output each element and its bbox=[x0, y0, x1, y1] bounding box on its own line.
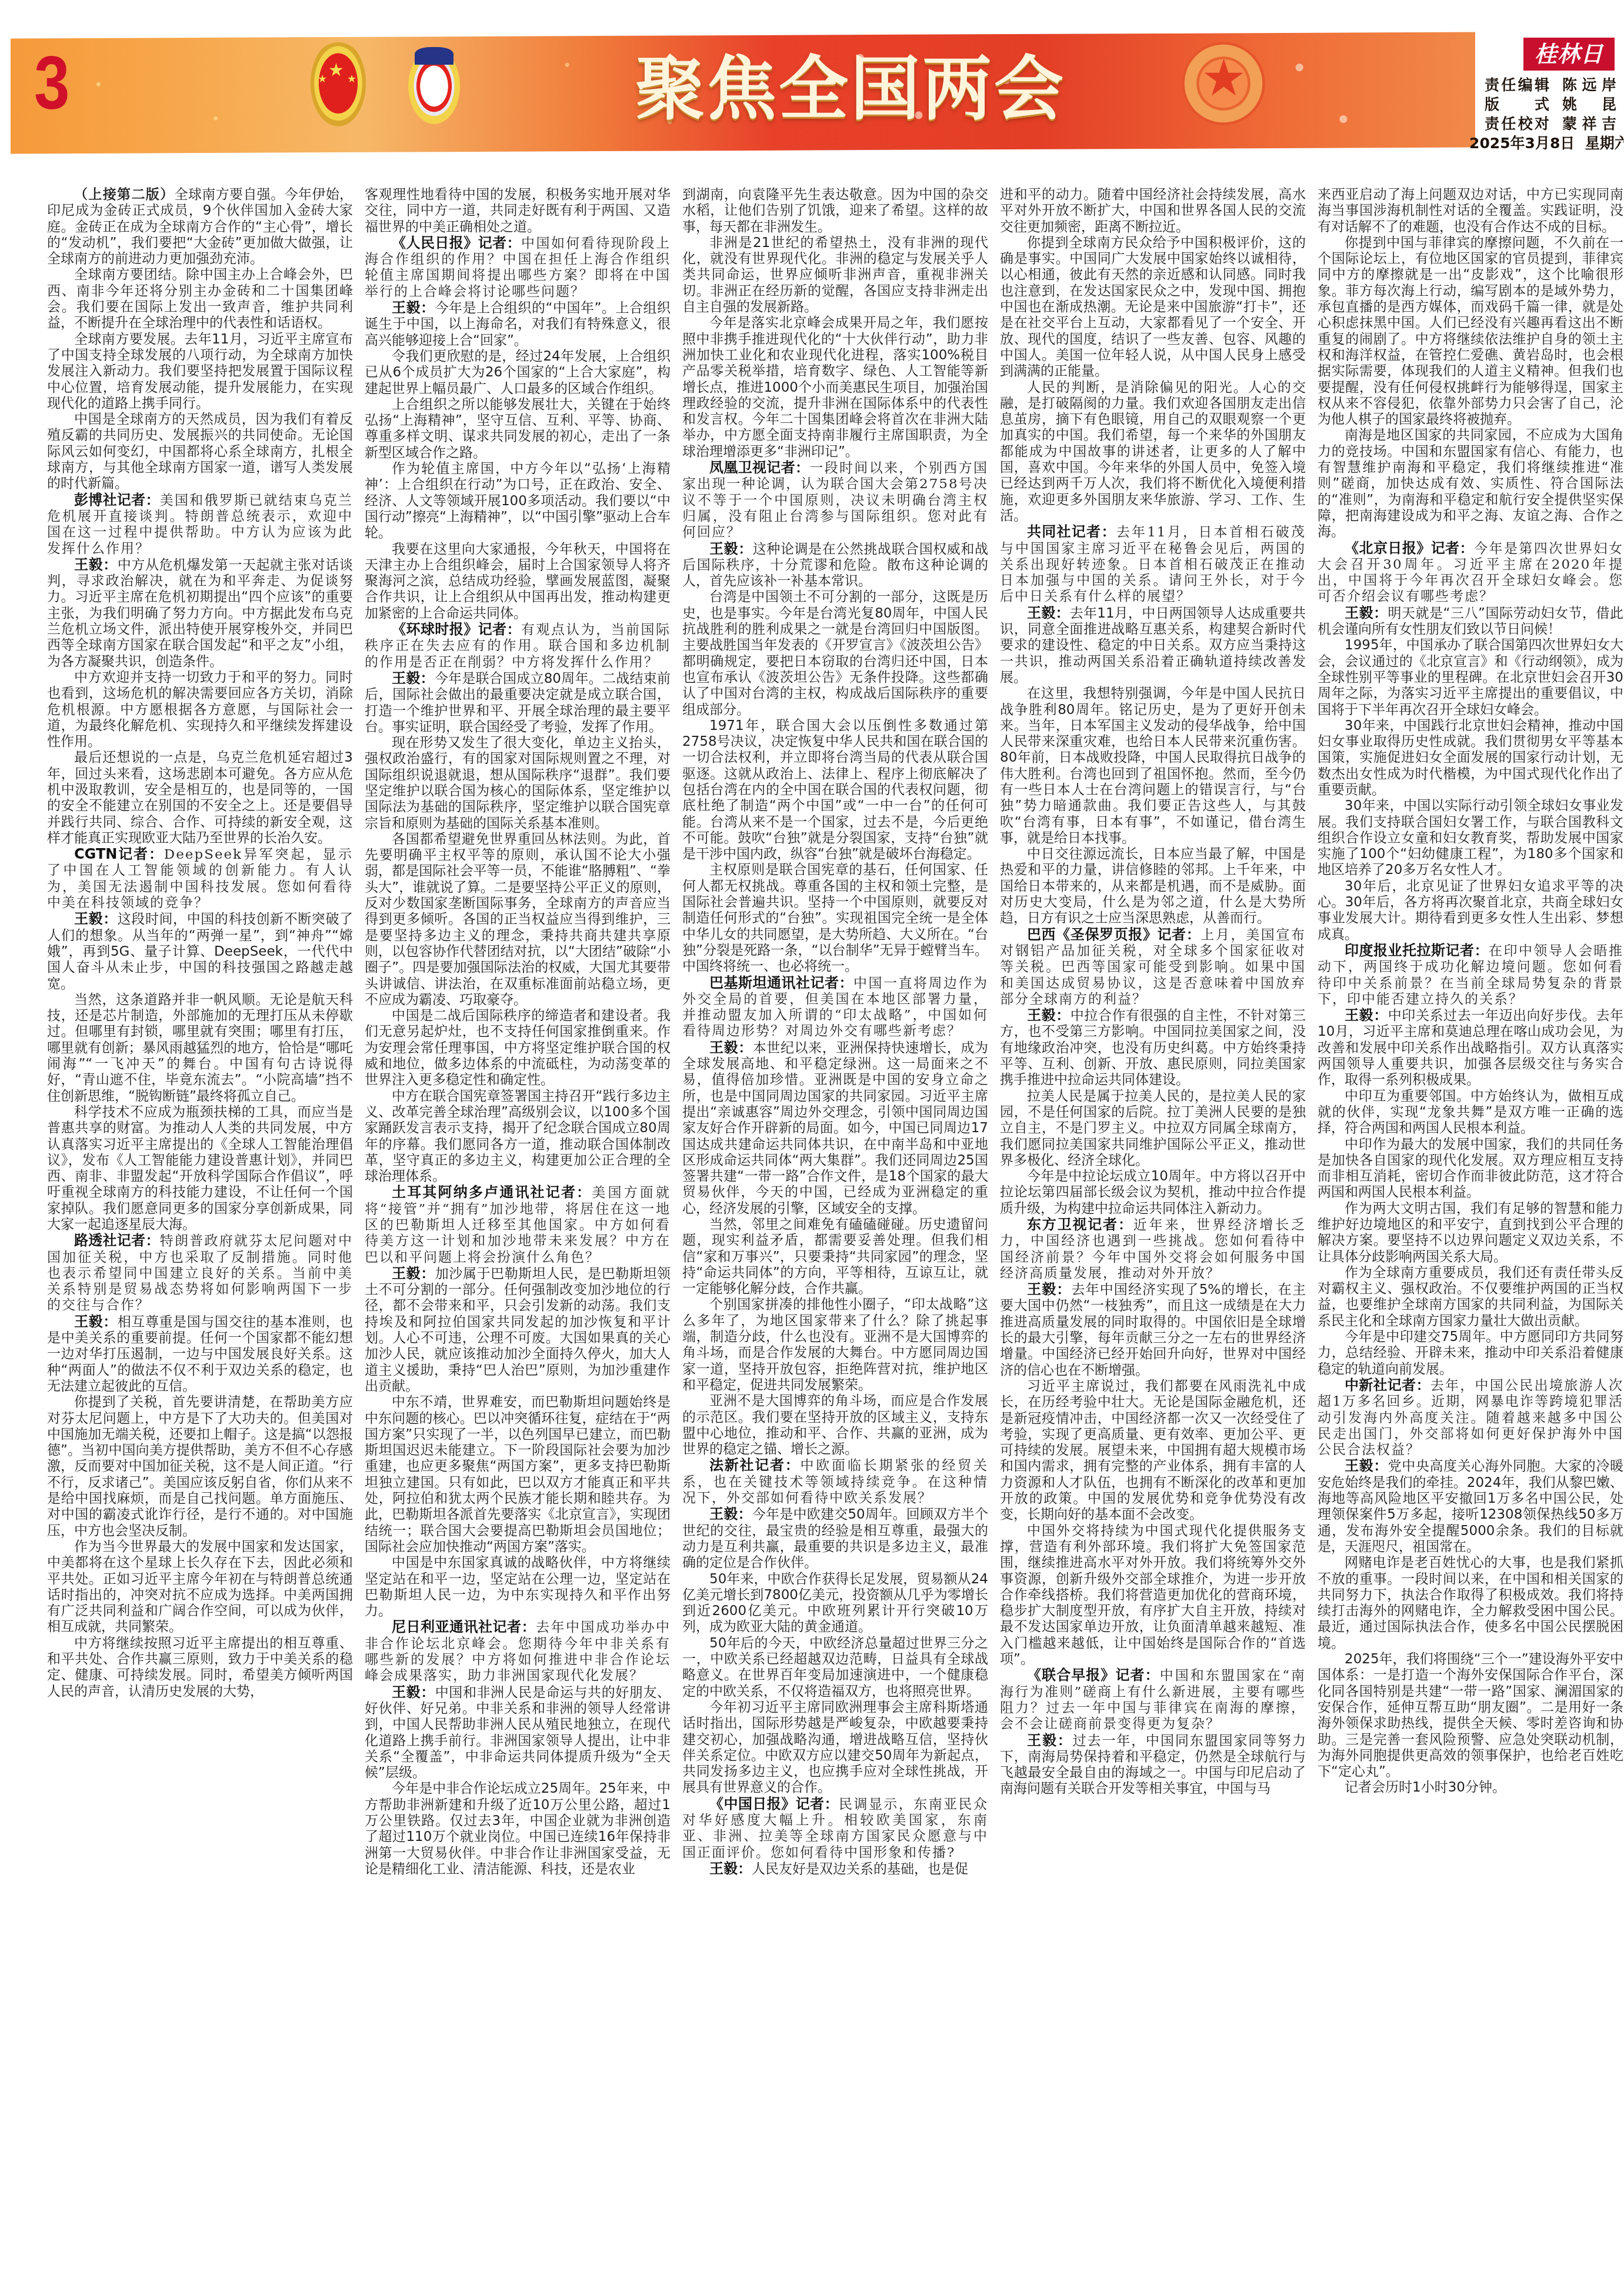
paragraph-text: 1995年，中国承办了联合国第四次世界妇女大会，会议通过的《北京宣言》和《行动纲… bbox=[1318, 638, 1623, 717]
answer-paragraph: 王毅：去年中国经济实现了5%的增长，在主要大国中仍然“一枝独秀”，而且这一成绩是… bbox=[1000, 1282, 1306, 1379]
speaker-label: 《人民日报》记者： bbox=[392, 235, 521, 251]
reporter-question: 巴基斯坦通讯社记者：中国一直将周边作为外交全局的首要，但美国在本地区部署力量，并… bbox=[682, 975, 988, 1040]
answer-paragraph: 来西亚启动了海上问题双边对话，中方已实现同南海当事国涉海机制性对话的全覆盖。实践… bbox=[1318, 187, 1623, 235]
paragraph-text: 台湾是中国领土不可分割的一部分，这既是历史，也是事实。今年是台湾光复80周年，中… bbox=[682, 589, 988, 717]
answer-paragraph: 台湾是中国领土不可分割的一部分，这既是历史，也是事实。今年是台湾光复80周年，中… bbox=[682, 589, 988, 718]
editorial-credits: 责任编辑 陈远岸 版式 姚昆 责任校对 蒙祥吉 2025年3月8日 星期六 bbox=[1469, 75, 1616, 153]
answer-paragraph: 30年后，北京见证了世界妇女追求平等的决心。30年后，各方将再次聚首北京，共商全… bbox=[1318, 879, 1623, 943]
speaker-label: 王毅： bbox=[74, 556, 118, 573]
paragraph-text: 来西亚启动了海上问题双边对话，中方已实现同南海当事国涉海机制性对话的全覆盖。实践… bbox=[1318, 187, 1623, 235]
answer-paragraph: 作为当今世界最大的发展中国家和发达国家，中美都将在这个星球上长久存在下去，因此必… bbox=[47, 1539, 353, 1636]
paragraph-text: 30年后，北京见证了世界妇女追求平等的决心。30年后，各方将再次聚首北京，共商全… bbox=[1318, 879, 1623, 942]
paragraph-text: 今年初习近平主席同欧洲理事会主席科斯塔通话时指出，国际形势越是严峻复杂，中欧越要… bbox=[682, 1700, 988, 1795]
paragraph-text: 30年来，中国践行北京世妇会精神，推动中国妇女事业取得历史性成就。我们贯彻男女平… bbox=[1318, 718, 1623, 798]
paragraph-text: 客观理性地看待中国的发展，积极务实地开展对华交往，同中方一道，共同走好既有利于两… bbox=[365, 187, 671, 235]
answer-paragraph: 王毅：相互尊重是国与国交往的基本准则，也是中美关系的重要前提。任何一个国家都不能… bbox=[47, 1314, 353, 1395]
paragraph-text: 今年是中拉论坛成立10周年。中方将以召开中拉论坛第四届部长级会议为契机，推动中拉… bbox=[1000, 1169, 1306, 1216]
answer-paragraph: 中国外交将持续为中国式现代化提供服务支撑，营造有利外部环境。我们将扩大免签国家范… bbox=[1000, 1523, 1306, 1668]
speaker-label: 王毅： bbox=[392, 670, 435, 686]
speaker-label: 法新社记者： bbox=[709, 1457, 801, 1473]
answer-paragraph: 今年是中非合作论坛成立25周年。25年来，中方帮助非洲新建和升级了近10万公里公… bbox=[365, 1781, 671, 1877]
answer-paragraph: 科学技术不应成为瓶颈扶梯的工具，而应当是普惠共享的财富。为推动人人类的共同发展，… bbox=[47, 1105, 353, 1233]
paragraph-text: 非洲是21世纪的希望热土，没有非洲的现代化，就没有世界现代化。非洲的稳定与发展关… bbox=[682, 235, 988, 315]
answer-paragraph: 今年是落实北京峰会成果开局之年，我们愿按照中非携手推进现代化的“十大伙伴行动”，… bbox=[682, 315, 988, 460]
paragraph-text: 作为轮值主席国，中方今年以“弘扬‘上海精神’：上合组织在行动”为口号，正在政治、… bbox=[365, 461, 671, 541]
answer-paragraph: 中东不靖，世界难安，而巴勒斯坦问题始终是中东问题的核心。巴以冲突循环往复，症结在… bbox=[365, 1395, 671, 1555]
reporter-question: 《环球时报》记者：有观点认为，当前国际秩序正在失去应有的作用。联合国和多边机制的… bbox=[365, 622, 671, 671]
answer-paragraph: 你提到全球南方民众给予中国积极评价，这的确是事实。中国同广大发展中国家始终以诚相… bbox=[1000, 235, 1306, 380]
newspaper-logo: 桂林日报 bbox=[1523, 38, 1615, 71]
answer-paragraph: 个别国家拼凑的排他性小圈子，“印太战略”这么多年了，为地区国家带来了什么？除了挑… bbox=[682, 1297, 988, 1393]
reporter-question: 巴西《圣保罗页报》记者：上月，美国宣布对钢铝产品加征关税，对全球多个国家征收对等… bbox=[1000, 927, 1306, 1008]
paragraph-text: 拉美人民是属于拉美人民的，是拉美人民的家园，不是任何国家的后院。拉丁美洲人民要的… bbox=[1000, 1089, 1306, 1168]
credit-proofreader: 责任校对 蒙祥吉 bbox=[1469, 114, 1616, 134]
speaker-label: 《北京日报》记者： bbox=[1345, 540, 1474, 556]
answer-paragraph: 1971年，联合国大会以压倒性多数通过第2758号决议，决定恢复中华人民共和国在… bbox=[682, 718, 988, 863]
answer-paragraph: 今年初习近平主席同欧洲理事会主席科斯塔通话时指出，国际形势越是严峻复杂，中欧越要… bbox=[682, 1700, 988, 1796]
answer-paragraph: 中方欢迎并支持一切致力于和平的努力。同时也看到，这场危机的解决需要回应各方关切，… bbox=[47, 670, 353, 750]
speaker-label: 王毅： bbox=[1345, 1457, 1388, 1474]
speaker-label: 东方卫视记者： bbox=[1027, 1216, 1133, 1233]
paragraph-text: 50年来，中欧合作获得长足发展，贸易额从24亿美元增长到7800亿美元，投资额从… bbox=[682, 1572, 988, 1635]
answer-paragraph: 令我们更欣慰的是，经过24年发展，上合组织已从6个成员扩大为26个国家的“上合大… bbox=[365, 349, 671, 397]
continuation-label: （上接第二版） bbox=[74, 187, 175, 202]
speaker-label: 共同社记者： bbox=[1027, 523, 1116, 540]
reporter-question: 凤凰卫视记者：一段时间以来，个别西方国家出现一种论调，认为联合国大会第2758号… bbox=[682, 460, 988, 541]
answer-paragraph: 今年是中拉论坛成立10周年。中方将以召开中拉论坛第四届部长级会议为契机，推动中拉… bbox=[1000, 1169, 1306, 1217]
paragraph-text: 现在形势又发生了很大变化，单边主义抬头，强权政治盛行，有的国家对国际规则置之不理… bbox=[365, 735, 671, 830]
credit-editor: 责任编辑 陈远岸 bbox=[1469, 75, 1616, 95]
answer-paragraph: 当然，这条道路并非一帆风顺。无论是航天科技，还是芯片制造，外部施加的无理打压从未… bbox=[47, 992, 353, 1105]
paragraph-text: 2025年，我们将围绕“三个一”建设海外平安中国体系：一是打造一个海外安保国际合… bbox=[1318, 1652, 1623, 1779]
paragraph-text: 各国都希望避免世界重回丛林法则。为此，首先要明确平主权平等的原则，承认国不论大小… bbox=[365, 832, 671, 1008]
paragraph-text: 习近平主席说过，我们都要在风雨洗礼中成长，在历经考验中壮大。无论是国际金融危机，… bbox=[1000, 1379, 1306, 1522]
paragraph-text: 我要在这里向大家通报，今年秋天，中国将在天津主办上合组织峰会，届时上合国家领导人… bbox=[365, 542, 671, 621]
answer-paragraph: 王毅：中国和非洲人民是命运与共的好朋友、好伙伴、好兄弟。中非关系和非洲的领导人经… bbox=[365, 1684, 671, 1782]
paragraph-text: 作为当今世界最大的发展中国家和发达国家，中美都将在这个星球上长久存在下去，因此必… bbox=[47, 1539, 353, 1634]
answer-paragraph: 亚洲不是大国博弈的角斗场，而应是合作发展的示范区。我们要在坚持开放的区域主义，支… bbox=[682, 1393, 988, 1457]
paragraph-text: 进和平的动力。随着中国经济社会持续发展，高水平对外开放不断扩大，中国和世界各国人… bbox=[1000, 187, 1306, 235]
answer-paragraph: 王毅：今年是联合国成立80周年。二战结束前后，国际社会做出的最重要决定就是成立联… bbox=[365, 671, 671, 735]
answer-paragraph: 南海是地区国家的共同家园，不应成为大国角力的竞技场。中国和东盟国家有信心、有能力… bbox=[1318, 428, 1623, 540]
paragraph-text: 中方欢迎并支持一切致力于和平的努力。同时也看到，这场危机的解决需要回应各方关切，… bbox=[47, 670, 353, 749]
answer-paragraph: 最后还想说的一点是，乌克兰危机延宕超过3年，回过头来看，这场悲剧本可避免。各方应… bbox=[47, 750, 353, 846]
speaker-label: 尼日利亚通讯社记者： bbox=[392, 1619, 536, 1635]
star-icon: ★ bbox=[328, 60, 344, 81]
article-body: （上接第二版）全球南方要自强。今年伊始，印尼成为金砖正式成员，9个伙伴国加入金砖… bbox=[47, 187, 1618, 2263]
speaker-label: 彭博社记者： bbox=[74, 492, 160, 508]
speaker-label: 路透社记者： bbox=[74, 1232, 160, 1249]
answer-paragraph: 中国是全球南方的天然成员，因为我们有着反殖反霸的共同历史、发展振兴的共同使命。无… bbox=[47, 412, 353, 492]
speaker-label: 王毅： bbox=[709, 1039, 753, 1056]
answer-paragraph: （上接第二版）全球南方要自强。今年伊始，印尼成为金砖正式成员，9个伙伴国加入金砖… bbox=[47, 187, 353, 267]
paragraph-text: 中日交往源远流长，日本应当最了解，中国是热爱和平的力量，讲信修睦的邻邦。上千年来… bbox=[1000, 846, 1306, 926]
paragraph-text: 人民友好是双边关系的基础，也是促 bbox=[752, 1862, 968, 1877]
answer-paragraph: 现在形势又发生了很大变化，单边主义抬头，强权政治盛行，有的国家对国际规则置之不理… bbox=[365, 735, 671, 832]
answer-paragraph: 王毅：中拉合作有很强的自主性，不针对第三方，也不受第三方影响。中国同拉美国家之间… bbox=[1000, 1008, 1306, 1088]
star-icon: ★ bbox=[318, 73, 327, 85]
paragraph-text: 加沙属于巴勒斯坦人民，是巴勒斯坦领土不可分割的一部分。任何强制改变加沙地位的行径… bbox=[365, 1266, 671, 1394]
answer-paragraph: 王毅：这种论调是在公然挑战联合国权威和战后国际秩序，十分荒谬和危险。散布这种论调… bbox=[682, 541, 988, 590]
speaker-label: 王毅： bbox=[1027, 605, 1070, 621]
paragraph-text: 主权原则是联合国宪章的基石，任何国家、任何人都无权挑战。尊重各国的主权和领土完整… bbox=[682, 862, 988, 974]
sunburst-star-icon: ★ bbox=[1176, 36, 1270, 131]
reporter-question: 彭博社记者：美国和俄罗斯已就结束乌克兰危机展开直接谈判。特朗普总统表示，欢迎中国… bbox=[47, 492, 353, 557]
paragraph-text: 在这里，我想特别强调，今年是中国人民抗日战争胜利80周年。铭记历史，是为了更好开… bbox=[1000, 686, 1306, 846]
answer-paragraph: 王毅：人民友好是双边关系的基础，也是促 bbox=[682, 1861, 988, 1877]
paragraph-text: 中印作为最大的发展中国家，我们的共同任务是加快各自国家的现代化发展。双方理应相互… bbox=[1318, 1137, 1623, 1200]
answer-paragraph: 非洲是21世纪的希望热土，没有非洲的现代化，就没有世界现代化。非洲的稳定与发展关… bbox=[682, 235, 988, 315]
speaker-label: 王毅： bbox=[392, 1265, 435, 1282]
answer-paragraph: 中国是二战后国际秩序的缔造者和建设者。我们无意另起炉灶，也不支持任何国家推倒重来… bbox=[365, 1008, 671, 1088]
answer-paragraph: 王毅：明天就是“三八”国际劳动妇女节，借此机会谨向所有女性朋友们致以节日问候！ bbox=[1318, 605, 1623, 638]
speaker-label: 《联合早报》记者： bbox=[1027, 1667, 1160, 1683]
speaker-label: 王毅： bbox=[709, 541, 753, 557]
speaker-label: 土耳其阿纳多卢通讯社记者： bbox=[392, 1184, 592, 1200]
speaker-label: 中新社记者： bbox=[1345, 1377, 1430, 1393]
answer-paragraph: 全球南方要团结。除中国主办上合峰会外，巴西、南非今年还将分别主办金砖和二十国集团… bbox=[47, 267, 353, 331]
answer-paragraph: 1995年，中国承办了联合国第四次世界妇女大会，会议通过的《北京宣言》和《行动纲… bbox=[1318, 638, 1623, 718]
answer-paragraph: 作为轮值主席国，中方今年以“弘扬‘上海精神’：上合组织在行动”为口号，正在政治、… bbox=[365, 461, 671, 541]
answer-paragraph: 各国都希望避免世界重回丛林法则。为此，首先要明确平主权平等的原则，承认国不论大小… bbox=[365, 832, 671, 1008]
paragraph-text: 中印互为重要邻国。中方始终认为，做相互成就的伙伴，实现“龙象共舞”是双方唯一正确… bbox=[1318, 1089, 1623, 1136]
paragraph-text: 上合组织之所以能够发展壮大，关键在于始终弘扬“上海精神”，坚守互信、互利、平等、… bbox=[365, 397, 671, 461]
speaker-label: 巴基斯坦通讯社记者： bbox=[709, 975, 853, 991]
answer-paragraph: 中日交往源远流长，日本应当最了解，中国是热爱和平的力量，讲信修睦的邻邦。上千年来… bbox=[1000, 846, 1306, 926]
speaker-label: 王毅： bbox=[1027, 1281, 1071, 1297]
paragraph-text: 当然，这条道路并非一帆风顺。无论是航天科技，还是芯片制造，外部施加的无理打压从未… bbox=[47, 992, 353, 1104]
paragraph-text: 你提到全球南方民众给予中国积极评价，这的确是事实。中国同广大发展中国家始终以诚相… bbox=[1000, 235, 1306, 379]
paragraph-text: 1971年，联合国大会以压倒性多数通过第2758号决议，决定恢复中华人民共和国在… bbox=[682, 718, 988, 862]
paragraph-text: 中方将继续按照习近平主席提出的相互尊重、和平共处、合作共赢三原则，致力于中美关系… bbox=[47, 1636, 353, 1699]
reporter-question: 土耳其阿纳多卢通讯社记者：美国方面就将“接管”并“拥有”加沙地带，将居住在这一地… bbox=[365, 1185, 671, 1265]
answer-paragraph: 王毅：党中央高度关心海外同胞。大家的冷暖安危始终是我们的牵挂。2024年，我们从… bbox=[1318, 1458, 1623, 1555]
paragraph-text: 科学技术不应成为瓶颈扶梯的工具，而应当是普惠共享的财富。为推动人人类的共同发展，… bbox=[47, 1105, 353, 1232]
paragraph-text: 中国外交将持续为中国式现代化提供服务支撑，营造有利外部环境。我们将扩大免签国家范… bbox=[1000, 1523, 1306, 1667]
paragraph-text: 记者会历时1小时30分钟。 bbox=[1345, 1780, 1506, 1795]
answer-paragraph: 我要在这里向大家通报，今年秋天，中国将在天津主办上合组织峰会，届时上合国家领导人… bbox=[365, 542, 671, 622]
speaker-label: 巴西《圣保罗页报》记者： bbox=[1027, 926, 1201, 943]
speaker-label: 王毅： bbox=[1027, 1007, 1071, 1023]
answer-paragraph: 中印互为重要邻国。中方始终认为，做相互成就的伙伴，实现“龙象共舞”是双方唯一正确… bbox=[1318, 1089, 1623, 1137]
paragraph-text: 中方在联合国宪章签署国主持召开“践行多边主义、改革完善全球治理”高级别会议，以1… bbox=[365, 1089, 671, 1184]
answer-paragraph: 中方在联合国宪章签署国主持召开“践行多边主义、改革完善全球治理”高级别会议，以1… bbox=[365, 1089, 671, 1185]
reporter-question: 《北京日报》记者：今年是第四次世界妇女大会召开30周年。习近平主席在2020年提… bbox=[1318, 541, 1623, 605]
speaker-label: 王毅： bbox=[1027, 1732, 1073, 1749]
reporter-question: 共同社记者：去年11月，日本首相石破茂与中国国家主席习近平在秘鲁会见后，两国的关… bbox=[1000, 524, 1306, 605]
answer-paragraph: 王毅：中方从危机爆发第一天起就主张对话谈判，寻求政治解决，就在为和平奔走、为促谈… bbox=[47, 557, 353, 670]
reporter-question: 中新社记者：去年，中国公民出境旅游人次超1万多名回乡。近期，网暴电诈等跨境犯罪活… bbox=[1318, 1377, 1623, 1458]
speaker-label: 王毅： bbox=[1345, 1007, 1388, 1023]
paragraph-text: 人民的判断，是消除偏见的阳光。人心的交融，是打破隔阂的力量。我们欢迎各国朋友走出… bbox=[1000, 380, 1306, 523]
text-column-3: 到湖南，向袁隆平先生表达敬意。因为中国的杂交水稻，让他们告别了饥饿，迎来了希望。… bbox=[682, 187, 988, 2251]
text-column-5: 来西亚启动了海上问题双边对话，中方已实现同南海当事国涉海机制性对话的全覆盖。实践… bbox=[1318, 187, 1623, 2251]
answer-paragraph: 中国是中东国家真诚的战略伙伴，中方将继续坚定站在和平一边，坚定站在公理一边，坚定… bbox=[365, 1555, 671, 1619]
answer-paragraph: 客观理性地看待中国的发展，积极务实地开展对华交往，同中方一道，共同走好既有利于两… bbox=[365, 187, 671, 235]
paragraph-text: 当然，邻里之间难免有磕磕碰碰。历史遗留问题，现实利益矛盾，都需要妥善处理。但我们… bbox=[682, 1217, 988, 1296]
speaker-label: 王毅： bbox=[392, 1684, 435, 1700]
issue-date: 2025年3月8日 星期六 bbox=[1469, 134, 1616, 153]
speaker-label: 王毅： bbox=[392, 299, 435, 316]
star-icon: ★ bbox=[347, 73, 356, 85]
speaker-label: 凤凰卫视记者： bbox=[709, 459, 809, 476]
answer-paragraph: 30年来，中国践行北京世妇会精神，推动中国妇女事业取得历史性成就。我们贯彻男女平… bbox=[1318, 718, 1623, 798]
speaker-label: 王毅： bbox=[709, 1860, 752, 1877]
page-number: 3 bbox=[34, 46, 70, 121]
paragraph-text: 今年是落实北京峰会成果开局之年，我们愿按照中非携手推进现代化的“十大伙伴行动”，… bbox=[682, 315, 988, 459]
section-title: 聚焦全国两会 bbox=[635, 54, 1066, 124]
credit-layout: 版式 姚昆 bbox=[1469, 95, 1616, 114]
answer-paragraph: 上合组织之所以能够发展壮大，关键在于始终弘扬“上海精神”，坚守互信、互利、平等、… bbox=[365, 397, 671, 461]
paragraph-text: 网赌电诈是老百姓忧心的大事，也是我们紧抓不放的重事。一段时间以来，在中国和相关国… bbox=[1318, 1555, 1623, 1650]
answer-paragraph: 王毅：这段时间，中国的科技创新不断突破了人们的想象。从当年的“两弹一星”，到“神… bbox=[47, 911, 353, 992]
paragraph-text: 全球南方要团结。除中国主办上合峰会外，巴西、南非今年还将分别主办金砖和二十国集团… bbox=[47, 267, 353, 331]
reporter-question: 《中国日报》记者：民调显示，东南亚民众对华好感度大幅上升。相较欧美国家，东南亚、… bbox=[682, 1796, 988, 1861]
speaker-label: 王毅： bbox=[709, 1506, 752, 1522]
answer-paragraph: 中方将继续按照习近平主席提出的相互尊重、和平共处、合作共赢三原则，致力于中美关系… bbox=[47, 1636, 353, 1700]
answer-paragraph: 今年是中印建交75周年。中方愿同印方共同努力，总结经验、开辟未来，推动中印关系沿… bbox=[1318, 1329, 1623, 1377]
reporter-question: 东方卫视记者：近年来，世界经济增长乏力，中国经济也遇到一些挑战。您如何看待中国经… bbox=[1000, 1217, 1306, 1282]
answer-paragraph: 30年来，中国以实际行动引领全球妇女事业发展。我们支持联合国妇女署工作，与联合国… bbox=[1318, 798, 1623, 878]
answer-paragraph: 王毅：过去一年，中国同东盟国家同等努力下，南海局势保持着和平稳定，仍然是全球航行… bbox=[1000, 1733, 1306, 1797]
answer-paragraph: 到湖南，向袁隆平先生表达敬意。因为中国的杂交水稻，让他们告别了饥饿，迎来了希望。… bbox=[682, 187, 988, 235]
paragraph-text: 你提到了关税，首先要讲清楚，在帮助美方应对芬太尼问题上，中方是下了大功夫的。但美… bbox=[47, 1395, 353, 1538]
paragraph-text: 到湖南，向袁隆平先生表达敬意。因为中国的杂交水稻，让他们告别了饥饿，迎来了希望。… bbox=[682, 187, 988, 235]
answer-paragraph: 进和平的动力。随着中国经济社会持续发展，高水平对外开放不断扩大，中国和世界各国人… bbox=[1000, 187, 1306, 235]
reporter-question: CGTN记者：DeepSeek异军突起，显示了中国在人工智能领域的创新能力。有人… bbox=[47, 846, 353, 911]
text-column-1: （上接第二版）全球南方要自强。今年伊始，印尼成为金砖正式成员，9个伙伴国加入金砖… bbox=[47, 187, 353, 2251]
answer-paragraph: 人民的判断，是消除偏见的阳光。人心的交融，是打破隔阂的力量。我们欢迎各国朋友走出… bbox=[1000, 380, 1306, 525]
answer-paragraph: 王毅：本世纪以来，亚洲保持快速增长，成为全球发展高地、和平稳定绿洲。这一局面来之… bbox=[682, 1040, 988, 1217]
answer-paragraph: 王毅：加沙属于巴勒斯坦人民，是巴勒斯坦领土不可分割的一部分。任何强制改变加沙地位… bbox=[365, 1266, 671, 1395]
answer-paragraph: 记者会历时1小时30分钟。 bbox=[1318, 1780, 1623, 1796]
answer-paragraph: 全球南方要发展。去年11月，习近平主席宣布了中国支持全球发展的八项行动，为全球南… bbox=[47, 332, 353, 412]
reporter-question: 尼日利亚通讯社记者：去年中国成功举办中非合作论坛北京峰会。您期待今年中非关系有哪… bbox=[365, 1619, 671, 1684]
reporter-question: 路透社记者：特朗普政府就芬太尼问题对中国加征关税，中方也采取了反制措施。同时他也… bbox=[47, 1233, 353, 1313]
answer-paragraph: 2025年，我们将围绕“三个一”建设海外平安中国体系：一是打造一个海外安保国际合… bbox=[1318, 1652, 1623, 1780]
answer-paragraph: 50年来，中欧合作获得长足发展，贸易额从24亿美元增长到7800亿美元，投资额从… bbox=[682, 1572, 988, 1636]
speaker-label: 王毅： bbox=[74, 1313, 118, 1330]
answer-paragraph: 王毅：去年11月，中日两国领导人达成重要共识，同意全面推进战略互惠关系，构建契合… bbox=[1000, 605, 1306, 686]
answer-paragraph: 你提到中国与菲律宾的摩擦问题，不久前在一个国际论坛上，有位地区国家的官员提到，菲… bbox=[1318, 235, 1623, 428]
paragraph-text: 30年来，中国以实际行动引领全球妇女事业发展。我们支持联合国妇女署工作，与联合国… bbox=[1318, 798, 1623, 878]
paragraph-text: 中东不靖，世界难安，而巴勒斯坦问题始终是中东问题的核心。巴以冲突循环往复，症结在… bbox=[365, 1395, 671, 1555]
answer-paragraph: 50年后的今天，中欧经济总量超过世界三分之一，中欧关系已经超越双边范畴，日益具有… bbox=[682, 1636, 988, 1700]
paragraph-text: 作为两大文明古国，我们有足够的智慧和能力维护好边境地区的和平安宁，直到找到公平合… bbox=[1318, 1201, 1623, 1265]
paragraph-text: 50年后的今天，中欧经济总量超过世界三分之一，中欧关系已经超越双边范畴，日益具有… bbox=[682, 1636, 988, 1699]
answer-paragraph: 王毅：今年是上合组织的“中国年”。上合组织诞生于中国，以上海命名，对我们有特殊意… bbox=[365, 300, 671, 349]
paragraph-text: 中国是二战后国际秩序的缔造者和建设者。我们无意另起炉灶，也不支持任何国家推倒重来… bbox=[365, 1008, 671, 1088]
reporter-question: 印度报业托拉斯记者：在印中领导人会晤推动下，两国终于成功化解边境问题。您如何看待… bbox=[1318, 943, 1623, 1008]
star-icon: ★ bbox=[1201, 53, 1246, 104]
text-column-4: 进和平的动力。随着中国经济社会持续发展，高水平对外开放不断扩大，中国和世界各国人… bbox=[1000, 187, 1306, 2251]
reporter-question: 《人民日报》记者：中国如何看待现阶段上海合作组织的作用？中国在担任上海合作组织轮… bbox=[365, 235, 671, 300]
speaker-label: 《环球时报》记者： bbox=[392, 621, 521, 638]
answer-paragraph: 王毅：中印关系过去一年迈出向好步伐。去年10月，习近平主席和莫迪总理在喀山成功会… bbox=[1318, 1008, 1623, 1088]
answer-paragraph: 习近平主席说过，我们都要在风雨洗礼中成长，在历经考验中壮大。无论是国际金融危机，… bbox=[1000, 1379, 1306, 1523]
paragraph-text: 作为全球南方重要成员，我们还有责任带头反对霸权主义、强权政治。不仅要维护两国的正… bbox=[1318, 1265, 1623, 1329]
answer-paragraph: 王毅：今年是中欧建交50周年。回顾双方半个世纪的交往，最宝贵的经验是相互尊重，最… bbox=[682, 1506, 988, 1571]
paragraph-text: 最后还想说的一点是，乌克兰危机延宕超过3年，回过头来看，这场悲剧本可避免。各方应… bbox=[47, 750, 353, 845]
answer-paragraph: 在这里，我想特别强调，今年是中国人民抗日战争胜利80周年。铭记历史，是为了更好开… bbox=[1000, 686, 1306, 846]
paragraph-text: 今年是中印建交75周年。中方愿同印方共同努力，总结经验、开辟未来，推动中印关系沿… bbox=[1318, 1329, 1623, 1377]
national-emblem-icon: ★ ★ ★ bbox=[306, 42, 371, 134]
reporter-question: 《联合早报》记者：中国和东盟国家在“南海行为准则”磋商上有什么新进展，主要有哪些… bbox=[1000, 1667, 1306, 1732]
paragraph-text: 中方从危机爆发第一天起就主张对话谈判，寻求政治解决，就在为和平奔走、为促谈努力。… bbox=[47, 558, 353, 669]
speaker-label: 王毅： bbox=[1345, 605, 1388, 621]
answer-paragraph: 主权原则是联合国宪章的基石，任何国家、任何人都无权挑战。尊重各国的主权和领土完整… bbox=[682, 862, 988, 975]
answer-paragraph: 作为全球南方重要成员，我们还有责任带头反对霸权主义、强权政治。不仅要维护两国的正… bbox=[1318, 1265, 1623, 1329]
answer-paragraph: 作为两大文明古国，我们有足够的智慧和能力维护好边境地区的和平安宁，直到找到公平合… bbox=[1318, 1201, 1623, 1265]
answer-paragraph: 网赌电诈是老百姓忧心的大事，也是我们紧抓不放的重事。一段时间以来，在中国和相关国… bbox=[1318, 1555, 1623, 1652]
paragraph-text: 今年是中非合作论坛成立25周年。25年来，中方帮助非洲新建和升级了近10万公里公… bbox=[365, 1781, 671, 1876]
paragraph-text: 令我们更欣慰的是，经过24年发展，上合组织已从6个成员扩大为26个国家的“上合大… bbox=[365, 349, 671, 396]
paragraph-text: 中国是全球南方的天然成员，因为我们有着反殖反霸的共同历史、发展振兴的共同使命。无… bbox=[47, 412, 353, 491]
paragraph-text: 中国是中东国家真诚的战略伙伴，中方将继续坚定站在和平一边，坚定站在公理一边，坚定… bbox=[365, 1555, 671, 1619]
paragraph-text: 全球南方要发展。去年11月，习近平主席宣布了中国支持全球发展的八项行动，为全球南… bbox=[47, 332, 353, 411]
cppcc-emblem-icon bbox=[402, 42, 466, 134]
paragraph-text: 个别国家拼凑的排他性小圈子，“印太战略”这么多年了，为地区国家带来了什么？除了挑… bbox=[682, 1297, 988, 1392]
speaker-label: 《中国日报》记者： bbox=[709, 1796, 839, 1812]
answer-paragraph: 当然，邻里之间难免有磕磕碰碰。历史遗留问题，现实利益矛盾，都需要妥善处理。但我们… bbox=[682, 1217, 988, 1297]
reporter-question: 法新社记者：中欧面临长期紧张的经贸关系，也在关键技术等领域持续竞争。在这种情况下… bbox=[682, 1457, 988, 1506]
speaker-label: 印度报业托拉斯记者： bbox=[1345, 942, 1489, 959]
answer-paragraph: 中印作为最大的发展中国家，我们的共同任务是加快各自国家的现代化发展。双方理应相互… bbox=[1318, 1137, 1623, 1201]
text-column-2: 客观理性地看待中国的发展，积极务实地开展对华交往，同中方一道，共同走好既有利于两… bbox=[365, 187, 671, 2251]
paragraph-text: 亚洲不是大国博弈的角斗场，而应是合作发展的示范区。我们要在坚持开放的区域主义，支… bbox=[682, 1393, 988, 1457]
speaker-label: CGTN记者： bbox=[74, 846, 164, 862]
speaker-label: 王毅： bbox=[74, 910, 118, 927]
answer-paragraph: 你提到了关税，首先要讲清楚，在帮助美方应对芬太尼问题上，中方是下了大功夫的。但美… bbox=[47, 1395, 353, 1539]
paragraph-text: 你提到中国与菲律宾的摩擦问题，不久前在一个国际论坛上，有位地区国家的官员提到，菲… bbox=[1318, 235, 1623, 427]
answer-paragraph: 拉美人民是属于拉美人民的，是拉美人民的家园，不是任何国家的后院。拉丁美洲人民要的… bbox=[1000, 1089, 1306, 1169]
paragraph-text: 南海是地区国家的共同家园，不应成为大国角力的竞技场。中国和东盟国家有信心、有能力… bbox=[1318, 428, 1623, 539]
paragraph-text: 本世纪以来，亚洲保持快速增长，成为全球发展高地、和平稳定绿洲。这一局面来之不易，… bbox=[682, 1040, 988, 1216]
